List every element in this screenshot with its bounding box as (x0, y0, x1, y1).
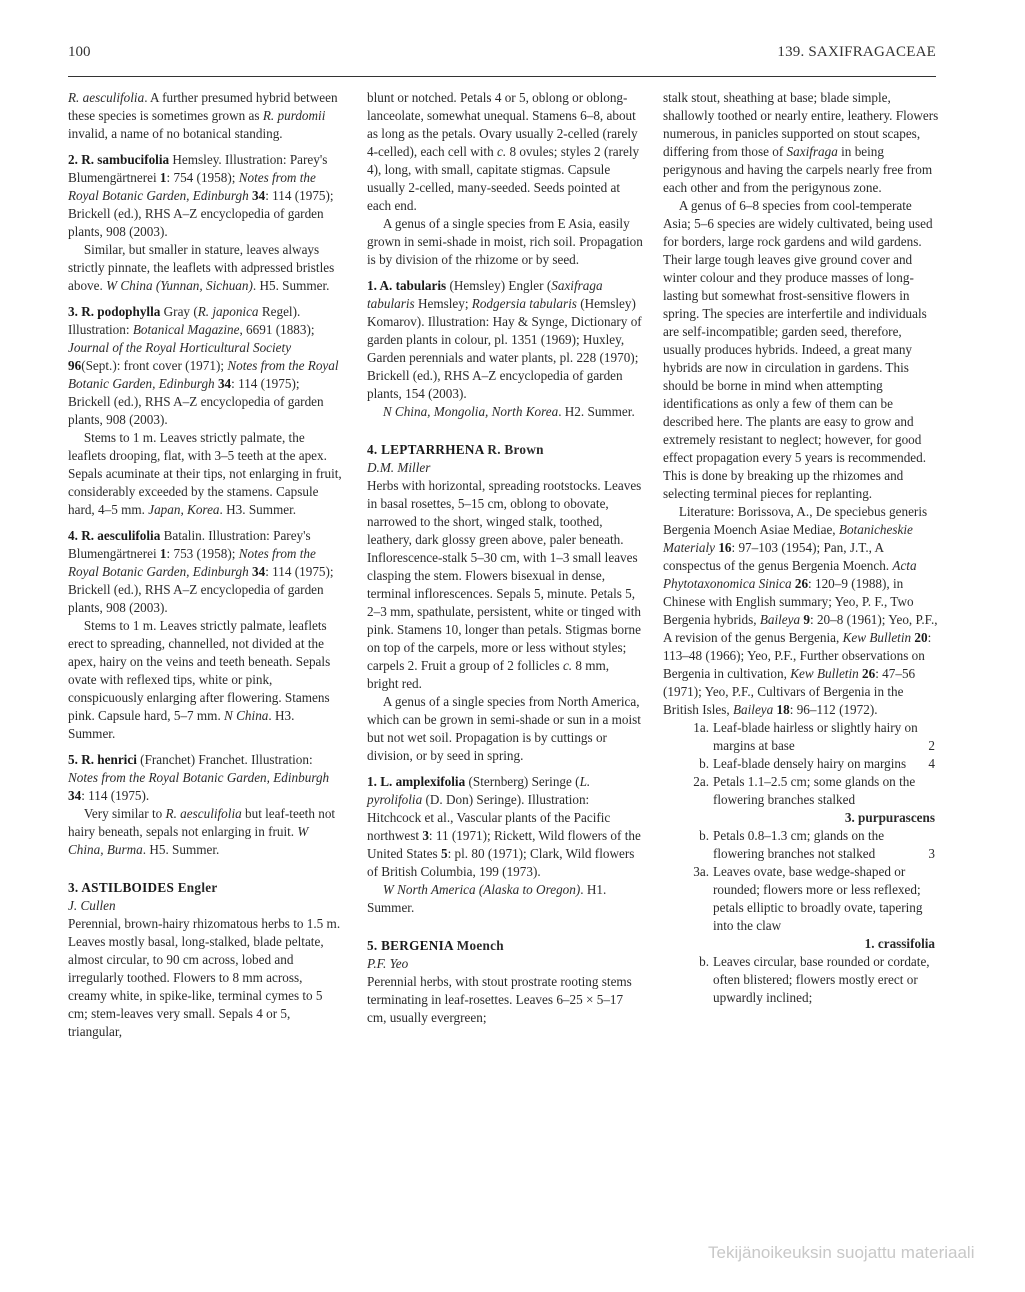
page-header: 100 139. SAXIFRAGACEAE (68, 44, 936, 64)
key-target: 3. purpurascens (713, 809, 935, 827)
key-number: b. (681, 953, 709, 971)
species-description: Stems to 1 m. Leaves strictly palmate, l… (68, 617, 344, 743)
key-text: Leaves circular, base rounded or cordate… (713, 954, 930, 1005)
page-number: 100 (68, 44, 91, 61)
key-lead: 3 (928, 845, 935, 863)
genus-description: Perennial herbs, with stout prostrate ro… (367, 973, 643, 1027)
key-target: 1. crassifolia (713, 935, 935, 953)
key-number: 3a. (681, 863, 709, 881)
key-lead: 4 (928, 755, 935, 773)
genus-heading: 5. BERGENIA Moench (367, 937, 643, 955)
genus-description: stalk stout, sheathing at base; blade si… (663, 89, 939, 197)
key-text: Leaves ovate, base wedge-shaped or round… (713, 864, 922, 933)
genus-description: Perennial, brown-hairy rhizomatous herbs… (68, 915, 344, 1041)
genus-note: A genus of a single species from E Asia,… (367, 215, 643, 269)
species-description: Stems to 1 m. Leaves strictly palmate, t… (68, 429, 344, 519)
literature: Literature: Borissova, A., De speciebus … (663, 503, 939, 719)
key-text: Leaf-blade hairless or slightly hairy on… (713, 720, 918, 753)
column-3: stalk stout, sheathing at base; blade si… (663, 89, 939, 1007)
column-1: R. aesculifolia. A further presumed hybr… (68, 89, 344, 1041)
key-text: Leaf-blade densely hairy on margins (713, 756, 906, 771)
genus-author: J. Cullen (68, 897, 344, 915)
genus-note: A genus of a single species from North A… (367, 693, 643, 765)
species-heading: 1. A. tabularis (Hemsley) Engler (Saxifr… (367, 277, 643, 403)
key-couplet: 2a.Petals 1.1–2.5 cm; some glands on the… (663, 773, 939, 827)
genus-note: A genus of 6–8 species from cool-tempera… (663, 197, 939, 503)
key-couplet: 1a.Leaf-blade hairless or slightly hairy… (663, 719, 939, 755)
species-heading: 5. R. henrici (Franchet) Franchet. Illus… (68, 751, 344, 805)
genus-heading: 4. LEPTARRHENA R. Brown (367, 441, 643, 459)
species-heading: 3. R. podophylla Gray (R. japonica Regel… (68, 303, 344, 429)
species-heading: 1. L. amplexifolia (Sternberg) Seringe (… (367, 773, 643, 881)
watermark: Tekijänoikeuksin suojattu materiaali (708, 1243, 974, 1263)
key-number: 2a. (681, 773, 709, 791)
key-couplet: b.Petals 0.8–1.3 cm; glands on the flowe… (663, 827, 939, 863)
key-number: 1a. (681, 719, 709, 737)
genus-description: Herbs with horizontal, spreading rootsto… (367, 477, 643, 693)
species-description: Similar, but smaller in stature, leaves … (68, 241, 344, 295)
key-couplet: b.Leaves circular, base rounded or corda… (663, 953, 939, 1007)
key-couplet: 3a.Leaves ovate, base wedge-shaped or ro… (663, 863, 939, 953)
key-text: Petals 1.1–2.5 cm; some glands on the fl… (713, 774, 915, 807)
paragraph: R. aesculifolia. A further presumed hybr… (68, 89, 344, 143)
genus-description: blunt or notched. Petals 4 or 5, oblong … (367, 89, 643, 215)
key-couplet: b.Leaf-blade densely hairy on margins4 (663, 755, 939, 773)
species-description: N China, Mongolia, North Korea. H2. Summ… (367, 403, 643, 421)
species-heading: 2. R. sambucifolia Hemsley. Illustration… (68, 151, 344, 241)
genus-author: D.M. Miller (367, 459, 643, 477)
species-description: W North America (Alaska to Oregon). H1. … (367, 881, 643, 917)
genus-author: P.F. Yeo (367, 955, 643, 973)
running-title: 139. SAXIFRAGACEAE (777, 44, 936, 61)
key-number: b. (681, 755, 709, 773)
genus-heading: 3. ASTILBOIDES Engler (68, 879, 344, 897)
column-2: blunt or notched. Petals 4 or 5, oblong … (367, 89, 643, 1027)
species-description: Very similar to R. aesculifolia but leaf… (68, 805, 344, 859)
key-number: b. (681, 827, 709, 845)
header-rule (68, 76, 936, 77)
key-text: Petals 0.8–1.3 cm; glands on the floweri… (713, 828, 884, 861)
key-lead: 2 (928, 737, 935, 755)
identification-key: 1a.Leaf-blade hairless or slightly hairy… (663, 719, 939, 1007)
species-heading: 4. R. aesculifolia Batalin. Illustration… (68, 527, 344, 617)
